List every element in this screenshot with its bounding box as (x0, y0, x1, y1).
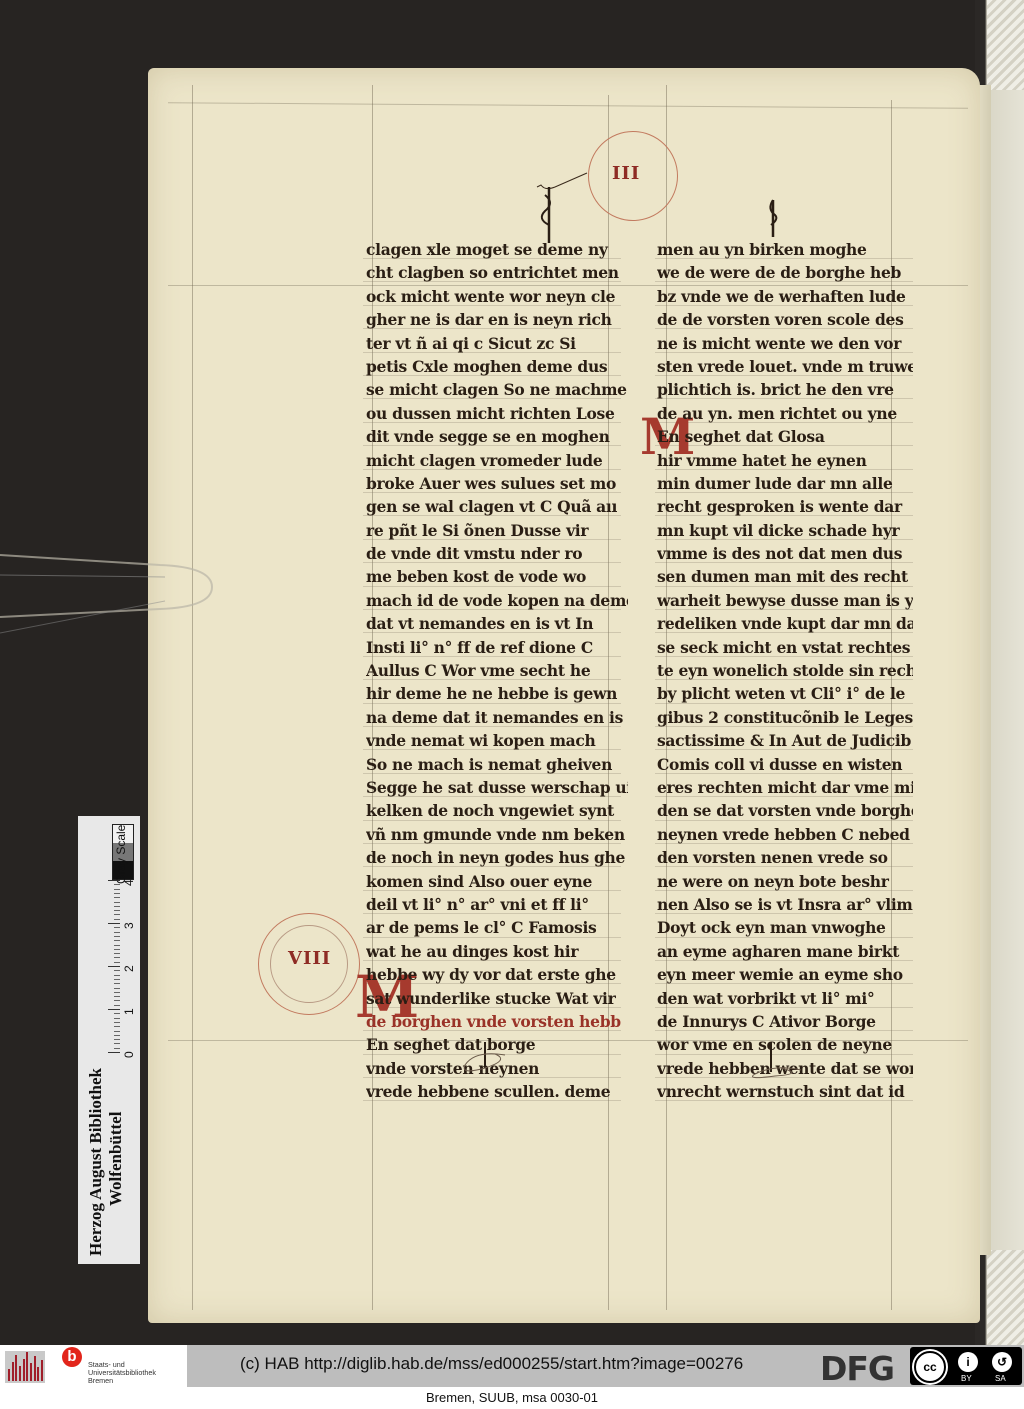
ruler-minor-tick (114, 919, 120, 920)
ruler-minor-tick (114, 992, 120, 993)
sa-label: SA (995, 1374, 1006, 1383)
ruler-tick-label: 1 (122, 1008, 136, 1015)
manuscript-line: men au yn birken moghe (657, 238, 913, 261)
manuscript-line: recht gesproken is wente dar (657, 495, 913, 518)
manuscript-line: kelken de noch vngewiet synt (366, 799, 628, 822)
ruler-minor-tick (114, 910, 120, 911)
ruler-tick-label: 2 (122, 965, 136, 972)
cover-texture (987, 1250, 1024, 1345)
ruler-minor-tick (114, 988, 120, 989)
ruler-minor-tick (114, 1035, 120, 1036)
manuscript-line: ar de pems le cl° C Famosis (366, 916, 628, 939)
ruler-tick (108, 1052, 120, 1053)
ruler-tick (108, 966, 120, 967)
manuscript-line: gibus 2 constitucõnib le Leges (657, 706, 913, 729)
barcode-bar (34, 1356, 36, 1381)
chapter-numeral-bottom: VIII (288, 948, 331, 969)
text-column-left: clagen xle moget se deme nycht clagben s… (366, 238, 628, 1108)
ruler-minor-tick (114, 927, 120, 928)
manuscript-line: se seck micht en vstat rechtes ur (657, 636, 913, 659)
ruler-minor-tick (114, 983, 120, 984)
color-calibration-ruler: Herzog August Bibliothek Wolfenbüttel Gr… (78, 816, 140, 1264)
ruler-minor-tick (114, 1018, 120, 1019)
page-clip-icon (0, 535, 215, 640)
manuscript-line: sten vrede louet. vnde m truwe (657, 355, 913, 378)
manuscript-line: Aullus C Wor vme secht he (366, 659, 628, 682)
manuscript-line: we de were de de borghe heb (657, 261, 913, 284)
manuscript-line: an eyme agharen mane birkt (657, 940, 913, 963)
suub-name: Staats- und Universitätsbibliothek Breme… (88, 1361, 156, 1386)
ruler-minor-tick (114, 975, 120, 976)
suub-name-line: Bremen (88, 1377, 156, 1385)
manuscript-line: vmme is des not dat men dus (657, 542, 913, 565)
ruler-minor-tick (114, 940, 120, 941)
manuscript-line: de vnde dit vmstu nder ro (366, 542, 628, 565)
manuscript-line: de Innurys C Ativor Borge (657, 1010, 913, 1033)
barcode-bar (8, 1369, 10, 1381)
manuscript-line: den se dat vorsten vnde borghe (657, 799, 913, 822)
barcode-bar (15, 1355, 17, 1381)
manuscript-line: by plicht weten vt Cli° i° de le (657, 682, 913, 705)
manuscript-line: te eyn wonelich stolde sin recht (657, 659, 913, 682)
manuscript-line: sat wunderlike stucke Wat vir (366, 987, 628, 1010)
manuscript-line: mach id de vode kopen na deme (366, 589, 628, 612)
ruler-tick (108, 880, 120, 881)
ruler-minor-tick (114, 996, 120, 997)
ruler-minor-tick (114, 889, 120, 890)
cover-texture (987, 0, 1024, 90)
manuscript-line: vnde nemat wi kopen mach (366, 729, 628, 752)
manuscript-scan: III VIII M M clagen xle moget se deme ny… (0, 0, 1024, 1345)
ruler-tick (108, 1009, 120, 1010)
barcode-bar (23, 1359, 25, 1381)
manuscript-line: hir vmme hatet he eynen (657, 449, 913, 472)
catchword-flourish-icon (763, 195, 783, 240)
ruler-minor-tick (114, 893, 120, 894)
catchword-flourish-icon (735, 1040, 815, 1080)
manuscript-line: nen Also se is vt Insra ar° vlim (657, 893, 913, 916)
manuscript-line: warheit bewyse dusse man is yn (657, 589, 913, 612)
manuscript-line: re pñt le Si õnen Dusse vir (366, 519, 628, 542)
manuscript-line: na deme dat it nemandes en is (366, 706, 628, 729)
gray-scale-label: Gray Scale (114, 825, 128, 884)
manuscript-line: de de vorsten voren scole des (657, 308, 913, 331)
manuscript-line: vrede hebbene scullen. deme (366, 1080, 628, 1103)
ruler-minor-tick (114, 945, 120, 946)
ruler-minor-tick (114, 1039, 120, 1040)
cc-license-badge[interactable]: cc i ↺ BY SA (910, 1347, 1022, 1385)
manuscript-line: wat he au dinges kost hir (366, 940, 628, 963)
manuscript-line: hebbe wy dy vor dat erste ghe (366, 963, 628, 986)
ruler-minor-tick (114, 1043, 120, 1044)
manuscript-line: ock micht wente wor neyn cle (366, 285, 628, 308)
barcode-bar (41, 1360, 43, 1381)
ruling-line (192, 85, 193, 1310)
manuscript-line: vnrecht wernstuch sint dat id (657, 1080, 913, 1103)
manuscript-line: den vorsten nenen vrede so (657, 846, 913, 869)
chapter-numeral-top: III (612, 163, 640, 184)
manuscript-line: redeliken vnde kupt dar mn dar (657, 612, 913, 635)
ruler-minor-tick (114, 1048, 120, 1049)
ruler-minor-tick (114, 1005, 120, 1006)
ruler-minor-tick (114, 1022, 120, 1023)
manuscript-line: cht clagben so entrichtet men (366, 261, 628, 284)
dfg-logo[interactable]: DFG (820, 1349, 894, 1388)
barcode-bar (12, 1362, 14, 1381)
manuscript-line: mn kupt vil dicke schade hyr (657, 519, 913, 542)
barcode-bar (26, 1352, 28, 1381)
manuscript-line: En seghet dat Glosa (657, 425, 913, 448)
manuscript-line: vñ nm gmunde vnde nm beken (366, 823, 628, 846)
ruler-minor-tick (114, 1013, 120, 1014)
ruler-minor-tick (114, 906, 120, 907)
catchword-flourish-icon (515, 165, 595, 245)
manuscript-line: dit vnde segge se en moghen (366, 425, 628, 448)
manuscript-line: broke Auer wes sulues set mo (366, 472, 628, 495)
manuscript-line: ne is micht wente we den vor (657, 332, 913, 355)
manuscript-line: gher ne is dar en is neyn rich (366, 308, 628, 331)
manuscript-line: de borghen vnde vorsten hebb (366, 1010, 628, 1033)
ruler-tick-label: 4 (122, 879, 136, 886)
manuscript-line: se micht clagen So ne machme (366, 378, 628, 401)
catchword-flourish-icon (455, 1040, 525, 1080)
manuscript-line: gen se wal clagen vt C Quã aıı (366, 495, 628, 518)
ruler-minor-tick (114, 914, 120, 915)
manuscript-line: ne were on neyn bote beshr (657, 870, 913, 893)
manuscript-line: neynen vrede hebben C nebed (657, 823, 913, 846)
manuscript-line: komen sind Also ouer eyne (366, 870, 628, 893)
suub-b-icon: b (62, 1347, 82, 1367)
manuscript-line: eyn meer wemie an eyme sho (657, 963, 913, 986)
shelfmark: Bremen, SUUB, msa 0030-01 (0, 1390, 1024, 1405)
manuscript-line: sactissime & In Aut de Judicib (657, 729, 913, 752)
ruler-minor-tick (114, 953, 120, 954)
manuscript-line: eres rechten micht dar vme mi (657, 776, 913, 799)
ruler-tick-label: 0 (122, 1051, 136, 1058)
manuscript-line: Doyt ock eyn man vnwoghe (657, 916, 913, 939)
ruler-tick (108, 923, 120, 924)
ruler-minor-tick (114, 957, 120, 958)
ruler-minor-tick (114, 949, 120, 950)
ruler-institution: Herzog August Bibliothek (86, 1068, 106, 1256)
manuscript-line: me beben kost de vode wo (366, 565, 628, 588)
manuscript-line: sen dumen man mit des recht (657, 565, 913, 588)
ruler-minor-tick (114, 979, 120, 980)
suub-barcode-icon (5, 1351, 45, 1383)
manuscript-line: min dumer lude dar mn alle (657, 472, 913, 495)
ruler-city: Wolfenbüttel (106, 1112, 126, 1206)
ruler-minor-tick (114, 936, 120, 937)
suub-logo[interactable]: b Staats- und Universitätsbibliothek Bre… (0, 1345, 187, 1387)
ruler-minor-tick (114, 970, 120, 971)
manuscript-line: de noch in neyn godes hus ghe (366, 846, 628, 869)
by-label: BY (961, 1374, 972, 1383)
ruler-minor-tick (114, 962, 120, 963)
ruler-minor-tick (114, 884, 120, 885)
by-icon: i (958, 1352, 978, 1372)
ruler-minor-tick (114, 897, 120, 898)
manuscript-line: Segge he sat dusse werschap ui (366, 776, 628, 799)
ruler-tick-label: 3 (122, 922, 136, 929)
manuscript-line: micht clagen vromeder lude (366, 449, 628, 472)
manuscript-line: plichtich is. brict he den vre (657, 378, 913, 401)
ruler-minor-tick (114, 902, 120, 903)
manuscript-line: hir deme he ne hebbe is gewn (366, 682, 628, 705)
manuscript-line: bz vnde we de werhaften lude (657, 285, 913, 308)
manuscript-line: clagen xle moget se deme ny (366, 238, 628, 261)
manuscript-line: Comis coll vi dusse en wisten (657, 753, 913, 776)
ruler-minor-tick (114, 1031, 120, 1032)
manuscript-line: ou dussen micht richten Lose (366, 402, 628, 425)
barcode-bar (30, 1363, 32, 1381)
cc-icon: cc (914, 1351, 946, 1383)
copyright-link[interactable]: (c) HAB http://diglib.hab.de/mss/ed00025… (240, 1354, 743, 1374)
manuscript-line: deil vt li° n° ar° vni et ff li° (366, 893, 628, 916)
text-column-right: men au yn birken moghewe de were de de b… (657, 238, 913, 1108)
manuscript-line: de au yn. men richtet ou yne (657, 402, 913, 425)
manuscript-line: petis Cxle moghen deme dus (366, 355, 628, 378)
barcode-bar (37, 1367, 39, 1381)
manuscript-line: So ne mach is nemat gheiven (366, 753, 628, 776)
manuscript-line: den wat vorbrikt vt li° mi° (657, 987, 913, 1010)
manuscript-line: ter vt ñ ai qi c Sicut zc Si (366, 332, 628, 355)
ruler-minor-tick (114, 1000, 120, 1001)
manuscript-line: dat vt nemandes en is vt In (366, 612, 628, 635)
ruler-minor-tick (114, 1026, 120, 1027)
ruler-minor-tick (114, 932, 120, 933)
barcode-bar (19, 1366, 21, 1381)
manuscript-line: Insti li° n° ff de ref dione C (366, 636, 628, 659)
sa-icon: ↺ (992, 1352, 1012, 1372)
